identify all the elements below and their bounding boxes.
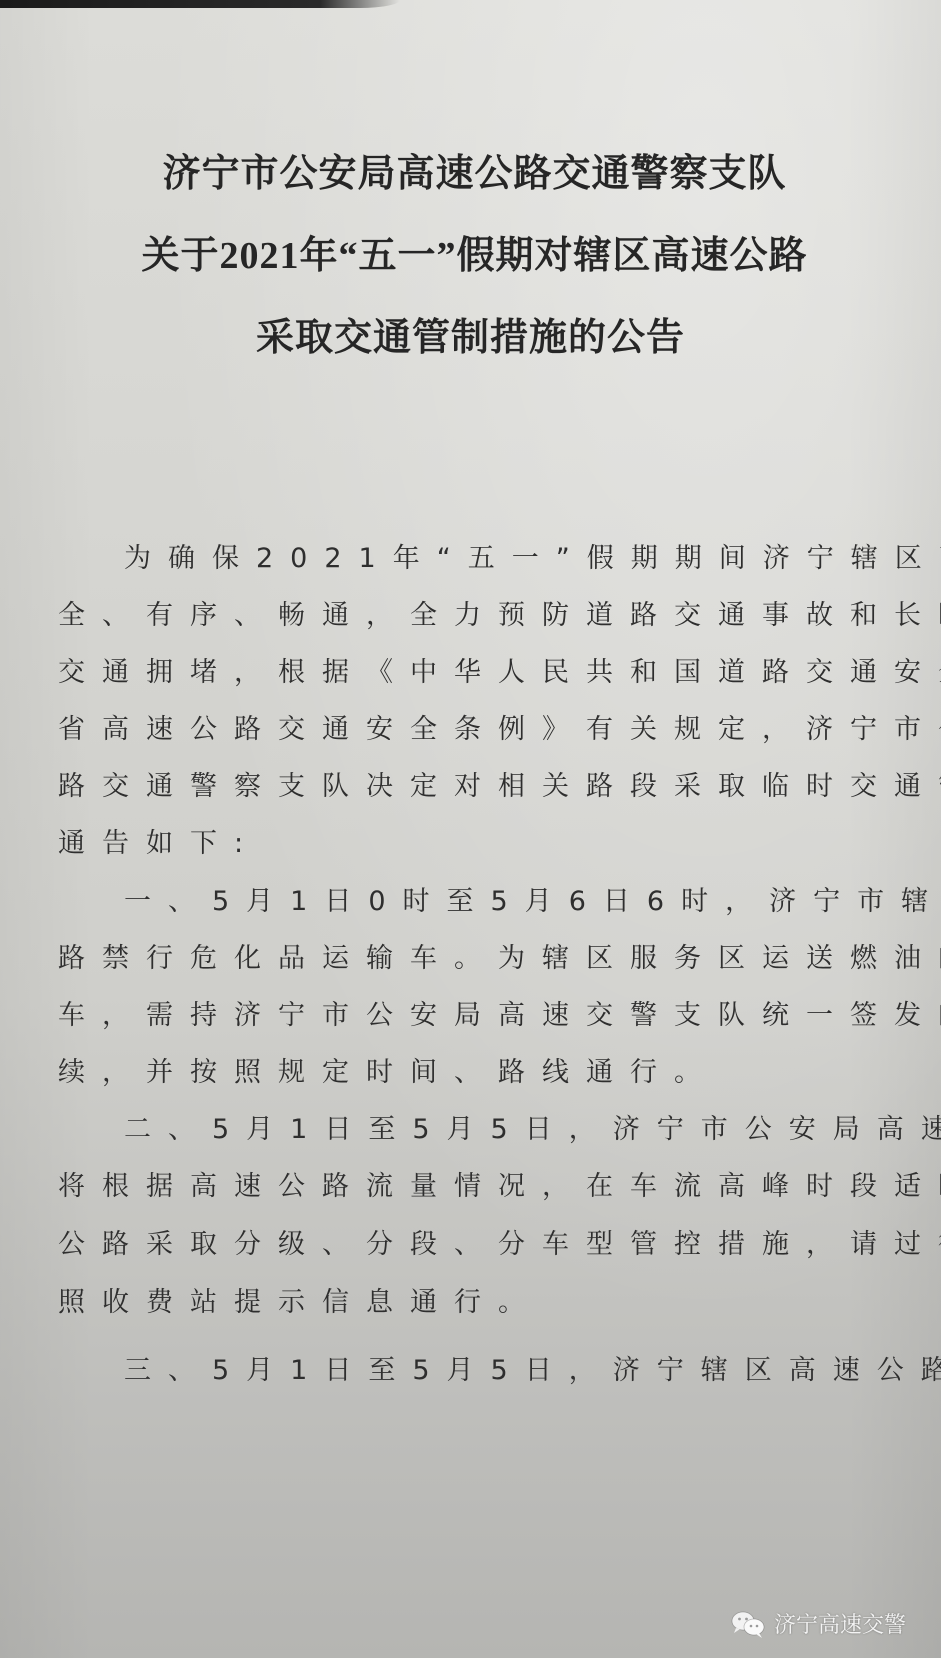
section-1-line-4: 续，并按照规定时间、路线通行。 — [58, 1050, 718, 1089]
watermark-account-name: 济宁高速交警 — [774, 1608, 906, 1639]
section-2-line-3: 公路采取分级、分段、分车型管控措施，请过往车辆及时按 — [58, 1222, 941, 1261]
body-line-3: 交通拥堵，根据《中华人民共和国道路交通安全法》《山东 — [58, 650, 941, 689]
title-line-3: 采取交通管制措施的公告 — [0, 306, 941, 361]
body-line-1: 为确保2021年“五一”假期期间济宁辖区高速公路安 — [124, 536, 941, 575]
section-1-line-2: 路禁行危化品运输车。为辖区服务区运送燃油的危化品运输 — [58, 936, 941, 975]
body-line-5: 路交通警察支队决定对相关路段采取临时交通管制措施。现 — [58, 764, 941, 803]
section-2-line-1: 二、5月1日至5月5日，济宁市公安局高速交警支队 — [124, 1107, 941, 1146]
section-1-line-3: 车，需持济宁市公安局高速交警支队统一签发的通行审批手 — [58, 993, 941, 1032]
body-line-6: 通告如下: — [58, 821, 260, 860]
section-3-line-1: 三、5月1日至5月5日，济宁辖区高速公路禁止所有 — [124, 1348, 941, 1387]
wechat-icon — [730, 1609, 768, 1639]
title-line-2: 关于2021年“五一”假期对辖区高速公路 — [4, 224, 941, 279]
body-line-2: 全、有序、畅通，全力预防道路交通事故和长时间、长距离 — [58, 593, 941, 632]
body-line-4: 省高速公路交通安全条例》有关规定，济宁市公安局高速公 — [58, 707, 941, 746]
photo-top-edge-shadow — [0, 0, 400, 8]
section-2-line-2: 将根据高速公路流量情况，在车流高峰时段适时对辖区高速 — [58, 1164, 941, 1203]
section-2-line-4: 照收费站提示信息通行。 — [58, 1280, 542, 1319]
section-1-line-1: 一、5月1日0时至5月6日6时，济宁市辖区高速公 — [124, 879, 941, 918]
wechat-watermark: 济宁高速交警 — [730, 1608, 906, 1639]
title-line-1: 济宁市公安局高速公路交通警察支队 — [4, 142, 941, 197]
